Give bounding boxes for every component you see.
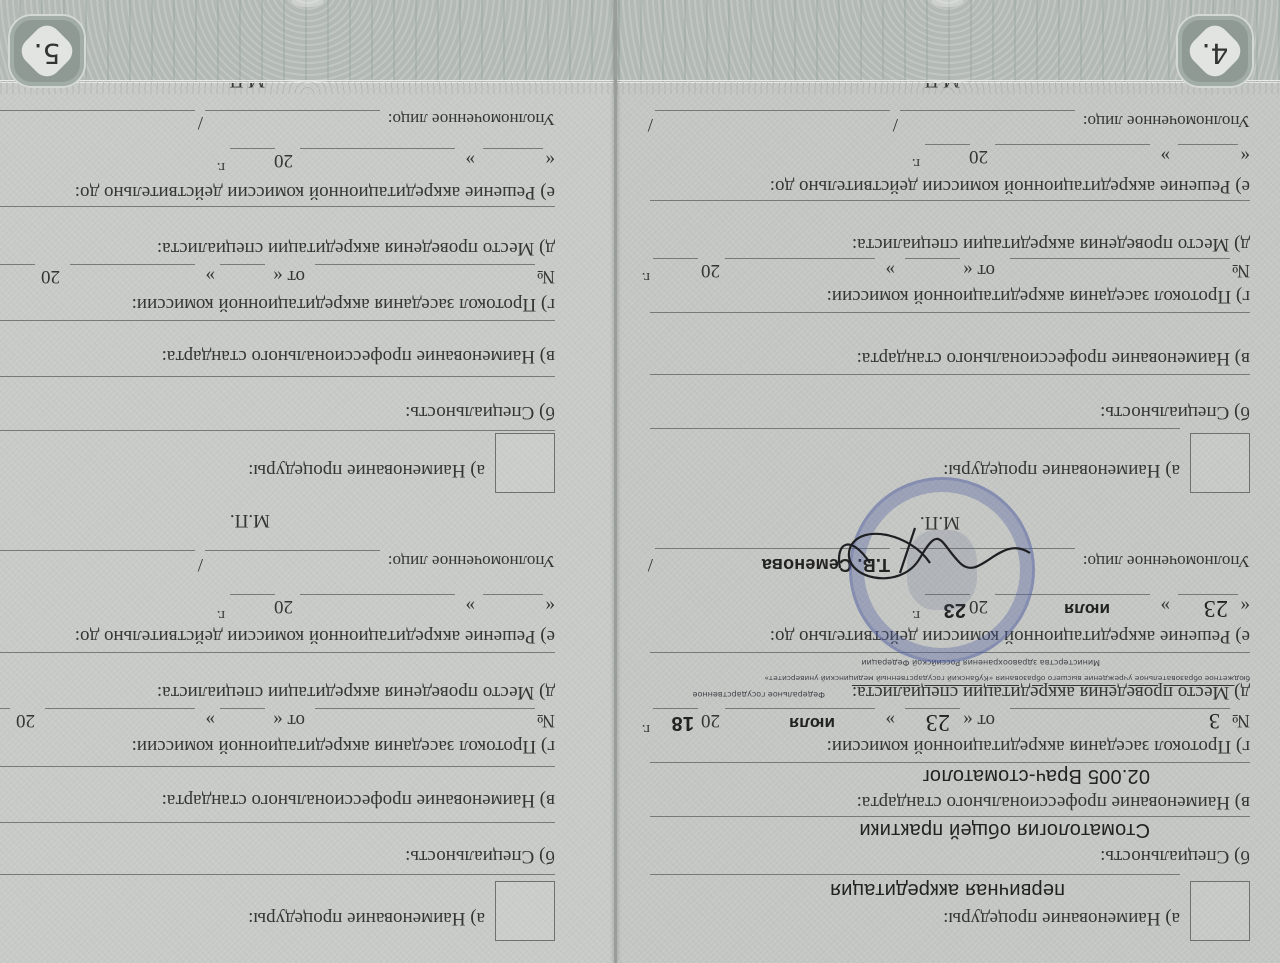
signature-line-p5-2 [205, 110, 380, 111]
valid-until-year-prefix-p5-1: 20 [274, 595, 293, 617]
specialty-line-p5-1 [0, 822, 555, 823]
prof-standard-line-p5-2 [0, 320, 555, 321]
specialty-label: б) Специальность: [1100, 845, 1250, 867]
page-4: а) Наименование процедуры: первичная акк… [615, 0, 1280, 963]
specialty-line [650, 816, 1250, 817]
valid-until-day-line-p5-1 [483, 594, 543, 595]
valid-until-year-unit-p5-1: г. [217, 606, 225, 623]
protocol-no-label-2: № [1232, 259, 1250, 281]
protocol-year-prefix-p5-1: 20 [16, 709, 35, 731]
signature-line-2 [900, 110, 1075, 111]
procedure-label-2: а) Наименование процедуры: [943, 459, 1180, 481]
procedure-line-p5-2 [0, 430, 555, 431]
protocol-no-label: № [1232, 709, 1250, 731]
signature-line-p5-1 [205, 550, 380, 551]
procedure-line-p5-1 [0, 874, 555, 875]
protocol-day: 23 [926, 708, 950, 735]
protocol-quote-close: » [886, 709, 896, 731]
protocol-no-line-p5-1 [315, 708, 535, 709]
accreditation-place-line-2 [650, 200, 1250, 201]
protocol-no-line [1010, 708, 1230, 709]
prof-standard-label-p5-1: в) Наименование профессионального станда… [162, 789, 555, 811]
prof-standard-label-2: в) Наименование профессионального станда… [857, 347, 1250, 369]
valid-until-year-prefix-p5-2: 20 [274, 149, 293, 171]
protocol-month-line-2 [725, 258, 875, 259]
prof-standard-label: в) Наименование профессионального станда… [857, 791, 1250, 813]
valid-until-year-unit-p5-2: г. [217, 158, 225, 175]
authorized-slash-p5-1: / [198, 553, 203, 575]
valid-until-quote-open-2: « [1241, 145, 1251, 167]
decorative-border-p5 [0, 0, 615, 83]
protocol-year-prefix-2: 20 [701, 259, 720, 281]
protocol-year-line-2 [653, 258, 698, 259]
prof-standard-line-2 [650, 312, 1250, 313]
book-spine [614, 0, 617, 963]
page-number-p5: 5. [10, 37, 84, 70]
specialty-value: Стоматология общей практики [859, 818, 1150, 841]
accreditation-place-value-1: Федеральное государственное [693, 690, 825, 699]
authorized-slash: / [648, 553, 653, 575]
protocol-year-unit: г. [642, 720, 650, 737]
page-5: а) Наименование процедуры: б) Специально… [0, 0, 615, 963]
authorized-slash-2b: / [648, 113, 653, 135]
protocol-month-line-p5-2 [70, 264, 195, 265]
prof-standard-label-p5-2: в) Наименование профессионального станда… [162, 345, 555, 367]
page-number-badge-5: 5. [10, 16, 84, 86]
valid-until-day-line-p5-2 [483, 148, 543, 149]
accreditation-place-label: д) Место проведения аккредитации специал… [852, 681, 1250, 703]
authorized-person-label-p5-2: Уполномоченное лицо: [388, 109, 555, 129]
procedure-checkbox-2[interactable] [1190, 433, 1250, 493]
name-line-p5-2 [0, 110, 195, 111]
protocol-day-line-p5-2 [220, 264, 265, 265]
accreditation-place-label-p5-1: д) Место проведения аккредитации специал… [157, 681, 555, 703]
procedure-checkbox-p5-2[interactable] [495, 433, 555, 493]
accreditation-place-line-p5-2 [0, 206, 555, 207]
protocol-year-line [653, 708, 698, 709]
procedure-line-2 [650, 428, 1180, 429]
valid-until-month-line-p5-2 [300, 148, 455, 149]
protocol-no-value: 3 [1209, 708, 1220, 734]
signature [820, 513, 1040, 603]
protocol-month: июля [789, 713, 835, 733]
valid-until-day-line [1178, 594, 1238, 595]
protocol-label-2: г) Протокол заседания аккредитационной к… [827, 285, 1250, 307]
valid-until-month-line-2 [995, 144, 1150, 145]
page-number-badge-4: 4. [1178, 16, 1252, 86]
valid-until-quote-close-p5-2: » [466, 149, 476, 171]
accreditation-place-value-2: бюджетное образовательное учреждение выс… [764, 674, 1250, 683]
protocol-year-suffix: 18 [671, 711, 694, 734]
valid-until-day: 23 [1204, 594, 1228, 621]
protocol-day-line [905, 708, 960, 709]
protocol-from-label-p5-2: от « [273, 265, 305, 287]
valid-until-quote-close: » [1161, 595, 1171, 617]
procedure-label-p5-1: а) Наименование процедуры: [248, 907, 485, 929]
protocol-label-p5-2: г) Протокол заседания аккредитационной к… [132, 293, 555, 315]
protocol-label: г) Протокол заседания аккредитационной к… [827, 735, 1250, 757]
valid-until-year-unit-2: г. [912, 154, 920, 171]
accreditation-place-value-3: Министерства здравоохранения Российской … [861, 658, 1100, 667]
protocol-quote-close-p5-1: » [206, 709, 216, 731]
procedure-checkbox[interactable] [1190, 881, 1250, 941]
protocol-no-label-p5-2: № [537, 265, 555, 287]
name-line-2 [655, 110, 890, 111]
procedure-value: первичная аккредитация [830, 878, 1065, 901]
authorized-person-label-2: Уполномоченное лицо: [1083, 111, 1250, 131]
valid-until-quote-open: « [1241, 595, 1251, 617]
protocol-no-line-2 [1010, 258, 1230, 259]
authorized-slash-p5-2: / [198, 111, 203, 133]
valid-until-year-line-2 [925, 144, 970, 145]
procedure-label-p5-2: а) Наименование процедуры: [248, 459, 485, 481]
protocol-from-label-2: от « [963, 259, 995, 281]
protocol-no-line-p5-2 [315, 264, 535, 265]
prof-standard-line [650, 762, 1250, 763]
specialty-label-2: б) Специальность: [1100, 401, 1250, 423]
protocol-label-p5-1: г) Протокол заседания аккредитационной к… [132, 735, 555, 757]
valid-until-year-line-p5-1 [230, 594, 275, 595]
procedure-line [650, 874, 1180, 875]
specialty-label-p5-1: б) Специальность: [405, 845, 555, 867]
protocol-from-label: от « [963, 709, 995, 731]
valid-until-year-line-p5-2 [230, 148, 275, 149]
specialty-line-p5-2 [0, 376, 555, 377]
protocol-day-line-2 [905, 258, 960, 259]
valid-until-label-p5-1: е) Решение аккредитационной комиссии дей… [75, 625, 555, 647]
procedure-checkbox-p5-1[interactable] [495, 881, 555, 941]
authorized-slash-2a: / [893, 113, 898, 135]
protocol-year-line-p5-1 [0, 708, 10, 709]
document-spread: а) Наименование процедуры: первичная акк… [0, 0, 1280, 963]
accreditation-place-label-2: д) Место проведения аккредитации специал… [852, 233, 1250, 255]
valid-until-quote-close-2: » [1161, 145, 1171, 167]
procedure-label: а) Наименование процедуры: [943, 907, 1180, 929]
protocol-year-line-p5-2 [0, 264, 35, 265]
protocol-no-label-p5-1: № [537, 709, 555, 731]
accreditation-place-label-p5-2: д) Место проведения аккредитации специал… [157, 237, 555, 259]
protocol-year-prefix-p5-2: 20 [41, 265, 60, 287]
valid-until-label-p5-2: е) Решение аккредитационной комиссии дей… [75, 181, 555, 203]
prof-standard-value: 02.005 Врач-стоматолог [922, 764, 1150, 787]
authorized-person-label: Уполномоченное лицо: [1083, 551, 1250, 571]
valid-until-month: июля [1064, 599, 1110, 619]
protocol-year-prefix: 20 [701, 709, 720, 731]
protocol-quote-close-p5-2: » [206, 265, 216, 287]
protocol-month-line [725, 708, 875, 709]
name-line-p5-1 [0, 550, 195, 551]
valid-until-year-prefix-2: 20 [969, 145, 988, 167]
specialty-label-p5-2: б) Специальность: [405, 401, 555, 423]
valid-until-quote-open-p5-1: « [546, 595, 556, 617]
valid-until-day-line-2 [1178, 144, 1238, 145]
valid-until-month-line-p5-1 [300, 594, 455, 595]
protocol-day-line-p5-1 [220, 708, 265, 709]
protocol-year-unit-2: г. [642, 268, 650, 285]
accreditation-place-line-p5-1 [0, 652, 555, 653]
specialty-line-2 [650, 374, 1250, 375]
authorized-person-label-p5-1: Уполномоченное лицо: [388, 551, 555, 571]
valid-until-quote-open-p5-2: « [546, 149, 556, 171]
protocol-from-label-p5-1: от « [273, 709, 305, 731]
page-number: 4. [1178, 37, 1252, 70]
valid-until-quote-close-p5-1: » [466, 595, 476, 617]
seal-place-label-p5-1: М.П. [230, 509, 270, 531]
protocol-quote-close-2: » [886, 259, 896, 281]
valid-until-label-2: е) Решение аккредитационной комиссии дей… [770, 175, 1250, 197]
prof-standard-line-p5-1 [0, 766, 555, 767]
protocol-month-line-p5-1 [45, 708, 195, 709]
